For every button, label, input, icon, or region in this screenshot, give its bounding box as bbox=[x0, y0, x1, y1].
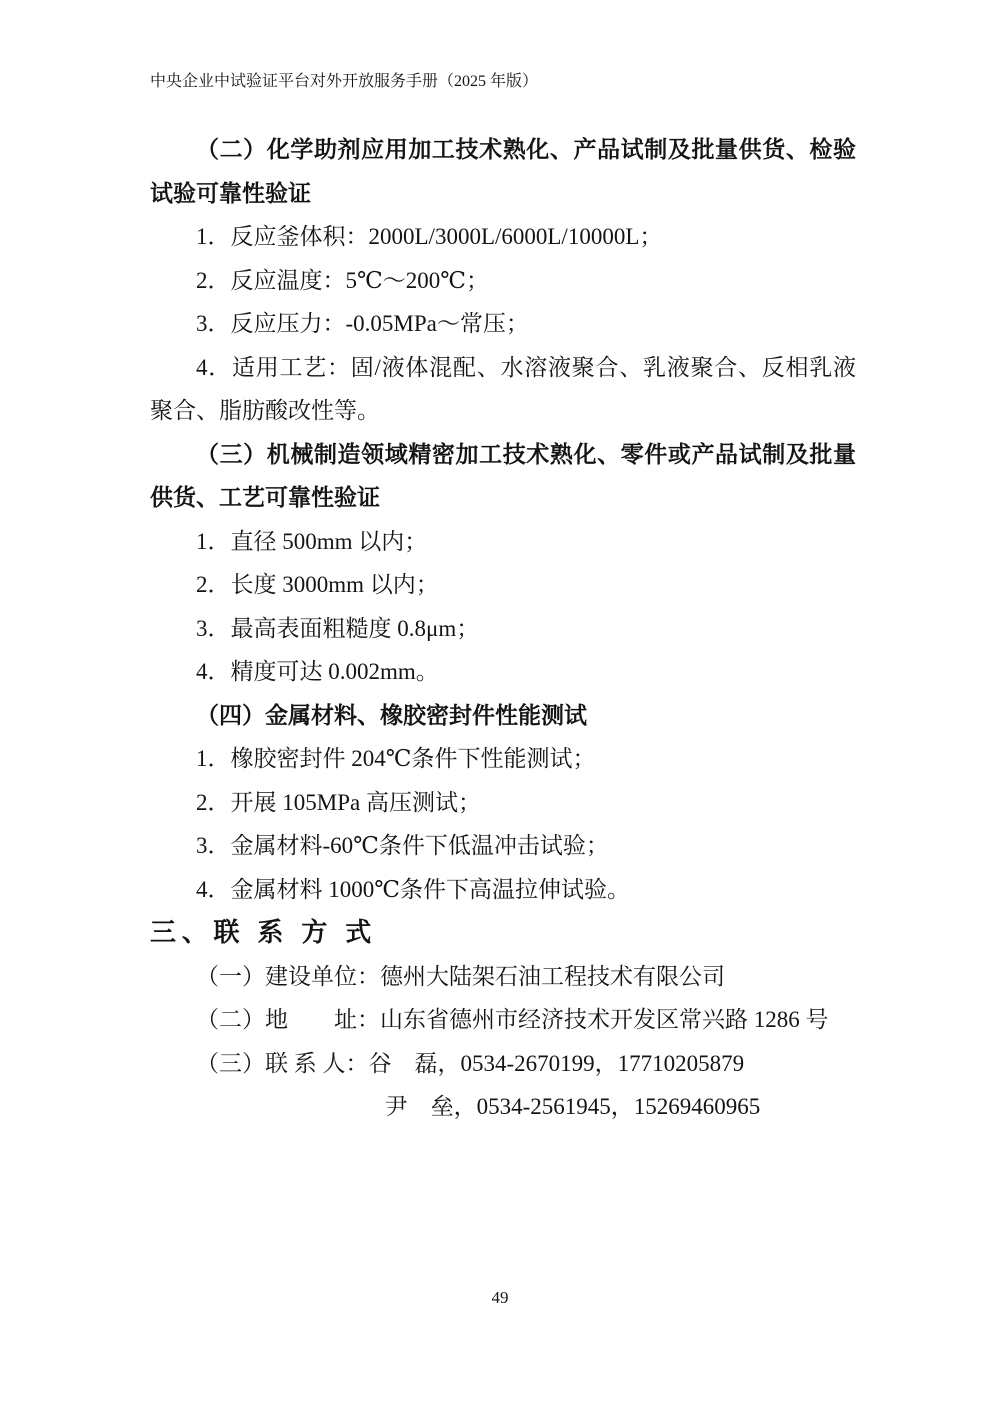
list-item: 4．金属材料 1000℃条件下高温拉伸试验。 bbox=[150, 868, 856, 912]
list-item: 1．反应釜体积：2000L/3000L/6000L/10000L； bbox=[150, 215, 856, 259]
document-header: 中央企业中试验证平台对外开放服务手册（2025 年版） bbox=[150, 70, 856, 94]
list-item: 1．直径 500mm 以内； bbox=[150, 520, 856, 564]
list-item: 3．反应压力：-0.05MPa～常压； bbox=[150, 302, 856, 346]
list-item: 1．橡胶密封件 204℃条件下性能测试； bbox=[150, 737, 856, 781]
list-item: 2．开展 105MPa 高压测试； bbox=[150, 781, 856, 825]
contact-line-person-2: 尹 垒，0534-2561945，15269460965 bbox=[150, 1085, 856, 1129]
list-item: 4．精度可达 0.002mm。 bbox=[150, 650, 856, 694]
list-item: 4．适用工艺：固/液体混配、水溶液聚合、乳液聚合、反相乳液聚合、脂肪酸改性等。 bbox=[150, 346, 856, 433]
contact-line-person-1: （三）联 系 人：谷 磊，0534-2670199，17710205879 bbox=[150, 1042, 856, 1086]
section-heading-contact: 三、联 系 方 式 bbox=[150, 911, 856, 955]
list-item: 2．长度 3000mm 以内； bbox=[150, 563, 856, 607]
list-item: 2．反应温度：5℃～200℃； bbox=[150, 259, 856, 303]
contact-line-builder: （一）建设单位：德州大陆架石油工程技术有限公司 bbox=[150, 955, 856, 999]
page-content: 中央企业中试验证平台对外开放服务手册（2025 年版） （二）化学助剂应用加工技… bbox=[150, 70, 856, 1129]
page-number: 49 bbox=[0, 1286, 1000, 1310]
contact-line-address: （二）地 址：山东省德州市经济技术开发区常兴路 1286 号 bbox=[150, 998, 856, 1042]
document-page: 中央企业中试验证平台对外开放服务手册（2025 年版） （二）化学助剂应用加工技… bbox=[0, 0, 1000, 1414]
section-heading-materials: （四）金属材料、橡胶密封件性能测试 bbox=[150, 694, 856, 738]
section-heading-chemical: （二）化学助剂应用加工技术熟化、产品试制及批量供货、检验试验可靠性验证 bbox=[150, 128, 856, 215]
section-heading-machinery: （三）机械制造领域精密加工技术熟化、零件或产品试制及批量供货、工艺可靠性验证 bbox=[150, 433, 856, 520]
list-item: 3．最高表面粗糙度 0.8μm； bbox=[150, 607, 856, 651]
list-item: 3．金属材料-60℃条件下低温冲击试验； bbox=[150, 824, 856, 868]
